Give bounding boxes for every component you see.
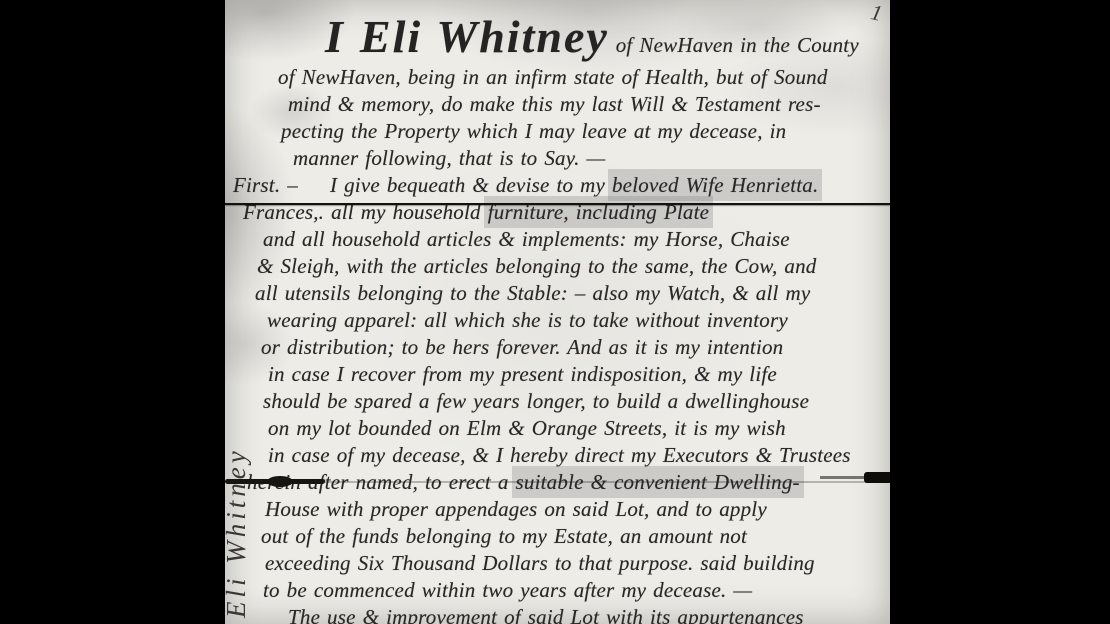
text-line: First. –I give bequeath & devise to my b…: [233, 172, 882, 199]
line-segment: exceeding Six Thousand Dollars to that p…: [265, 551, 815, 575]
line-segment: or distribution; to be hers forever. And…: [261, 335, 783, 359]
line-segment: and all household articles & implements:…: [263, 227, 790, 251]
line-segment: I Eli Whitney: [325, 11, 609, 62]
line-segment: & Sleigh, with the articles belonging to…: [257, 254, 817, 278]
text-line: exceeding Six Thousand Dollars to that p…: [233, 550, 882, 577]
line-segment: all utensils belonging to the Stable: – …: [255, 281, 810, 305]
text-line: should be spared a few years longer, to …: [233, 388, 882, 415]
line-segment: should be spared a few years longer, to …: [263, 389, 809, 413]
text-line: The use & improvement of said Lot with i…: [233, 604, 882, 624]
text-line: all utensils belonging to the Stable: – …: [233, 280, 882, 307]
vertical-margin-signature: Eli Whitney: [225, 318, 263, 618]
line-segment: The use & improvement of said Lot with i…: [288, 605, 804, 624]
line-segment: out of the funds belonging to my Estate,…: [261, 524, 747, 548]
text-line: out of the funds belonging to my Estate,…: [233, 523, 882, 550]
text-line: House with proper appendages on said Lot…: [233, 496, 882, 523]
highlighted-phrase: beloved Wife Henrietta.: [612, 173, 818, 197]
line-segment: to be commenced within two years after m…: [263, 578, 752, 602]
line-segment: wearing apparel: all which she is to tak…: [267, 308, 788, 332]
manuscript-text-block: I Eli Whitney of NewHaven in the Countyo…: [233, 10, 882, 624]
text-line: or distribution; to be hers forever. And…: [233, 334, 882, 361]
text-line: & Sleigh, with the articles belonging to…: [233, 253, 882, 280]
text-line: on my lot bounded on Elm & Orange Street…: [233, 415, 882, 442]
scan-artifact-faint-line: [320, 481, 890, 483]
text-line: manner following, that is to Say. —: [233, 145, 882, 172]
line-segment: manner following, that is to Say. —: [293, 146, 605, 170]
text-line: pecting the Property which I may leave a…: [233, 118, 882, 145]
line-segment: I give bequeath & devise to my: [330, 173, 612, 197]
line-segment: in case I recover from my present indisp…: [268, 362, 777, 386]
text-line: in case of my decease, & I hereby direct…: [233, 442, 882, 469]
line-segment: on my lot bounded on Elm & Orange Street…: [268, 416, 786, 440]
text-line: in case I recover from my present indisp…: [233, 361, 882, 388]
line-segment: in case of my decease, & I hereby direct…: [268, 443, 851, 467]
text-line: to be commenced within two years after m…: [233, 577, 882, 604]
black-scan-background: 1 I Eli Whitney of NewHaven in the Count…: [0, 0, 1110, 624]
line-segment: of NewHaven, being in an infirm state of…: [278, 65, 828, 89]
text-line: of NewHaven, being in an infirm state of…: [233, 64, 882, 91]
manuscript-page-scan: 1 I Eli Whitney of NewHaven in the Count…: [225, 0, 890, 624]
text-line: wearing apparel: all which she is to tak…: [233, 307, 882, 334]
line-segment: mind & memory, do make this my last Will…: [288, 92, 821, 116]
scan-artifact-horizontal-line: [225, 203, 890, 205]
text-line: mind & memory, do make this my last Will…: [233, 91, 882, 118]
line-segment: House with proper appendages on said Lot…: [265, 497, 767, 521]
text-line: I Eli Whitney of NewHaven in the County: [233, 10, 882, 64]
ink-blob-right-edge: [864, 472, 890, 483]
line-segment: pecting the Property which I may leave a…: [281, 119, 786, 143]
line-segment: of NewHaven in the County: [609, 33, 859, 57]
text-line: and all household articles & implements:…: [233, 226, 882, 253]
line-segment: First. –: [233, 173, 298, 197]
